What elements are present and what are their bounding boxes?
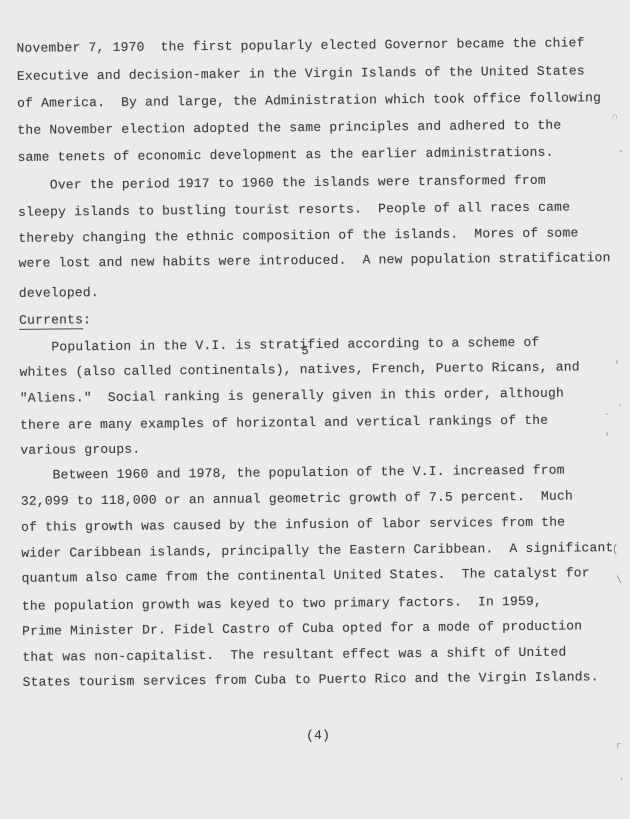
text-line: of America. By and large, the Administra… [17, 90, 601, 112]
document-text: November 7, 1970 the first popularly ele… [0, 0, 630, 819]
text-line: were lost and new habits were introduced… [19, 250, 611, 272]
page-number: (4) [3, 725, 630, 746]
scan-artifact: . [604, 408, 609, 418]
text-line: wider Caribbean islands, principally the… [21, 540, 613, 562]
text-line: of this growth was caused by the infusio… [21, 515, 565, 536]
text-line: the population growth was keyed to two p… [22, 594, 542, 615]
text-line: Prime Minister Dr. Fidel Castro of Cuba … [22, 618, 582, 639]
text-line: 32,099 to 118,000 or an annual geometric… [21, 489, 573, 510]
scan-artifact: ' [619, 777, 624, 787]
text-line: States tourism services from Cuba to Pue… [23, 669, 599, 691]
text-line: quantum also came from the continental U… [22, 565, 590, 586]
text-line: Between 1960 and 1978, the population of… [53, 463, 565, 484]
scan-artifact: ' [614, 362, 620, 372]
text-line: whites (also called continentals), nativ… [20, 359, 580, 380]
text-line: sleepy islands to bustling tourist resor… [18, 200, 570, 221]
section-heading: Currents: [19, 312, 91, 329]
section-heading-colon: : [83, 312, 91, 327]
text-line: "Aliens." Social ranking is generally gi… [20, 386, 564, 407]
scan-artifact: - [618, 148, 624, 158]
scan-artifact: r [616, 741, 621, 751]
scan-artifact: . [617, 399, 622, 409]
scan-artifact: ( [612, 545, 619, 555]
section-heading-label: Currents [19, 312, 83, 330]
text-line: Executive and decision-maker in the Virg… [17, 63, 585, 84]
text-line: there are many examples of horizontal an… [20, 413, 548, 434]
scan-artifact: \ [616, 577, 622, 587]
text-line: Population in the V.I. is stratified acc… [51, 335, 539, 356]
text-line: Over the period 1917 to 1960 the islands… [50, 173, 546, 194]
text-line: November 7, 1970 the first popularly ele… [16, 35, 584, 56]
scan-artifact: ' [604, 434, 610, 444]
text-line: developed. [19, 285, 99, 302]
text-line: same tenets of economic development as t… [17, 145, 553, 166]
text-line: various groups. [20, 442, 140, 459]
text-line: that was non-capitalist. The resultant e… [22, 645, 566, 666]
text-line: the November election adopted the same p… [17, 118, 561, 139]
footnote-marker: 5 [301, 344, 308, 358]
text-line: thereby changing the ethnic composition … [18, 225, 578, 246]
scanned-document-page: November 7, 1970 the first popularly ele… [0, 0, 630, 819]
